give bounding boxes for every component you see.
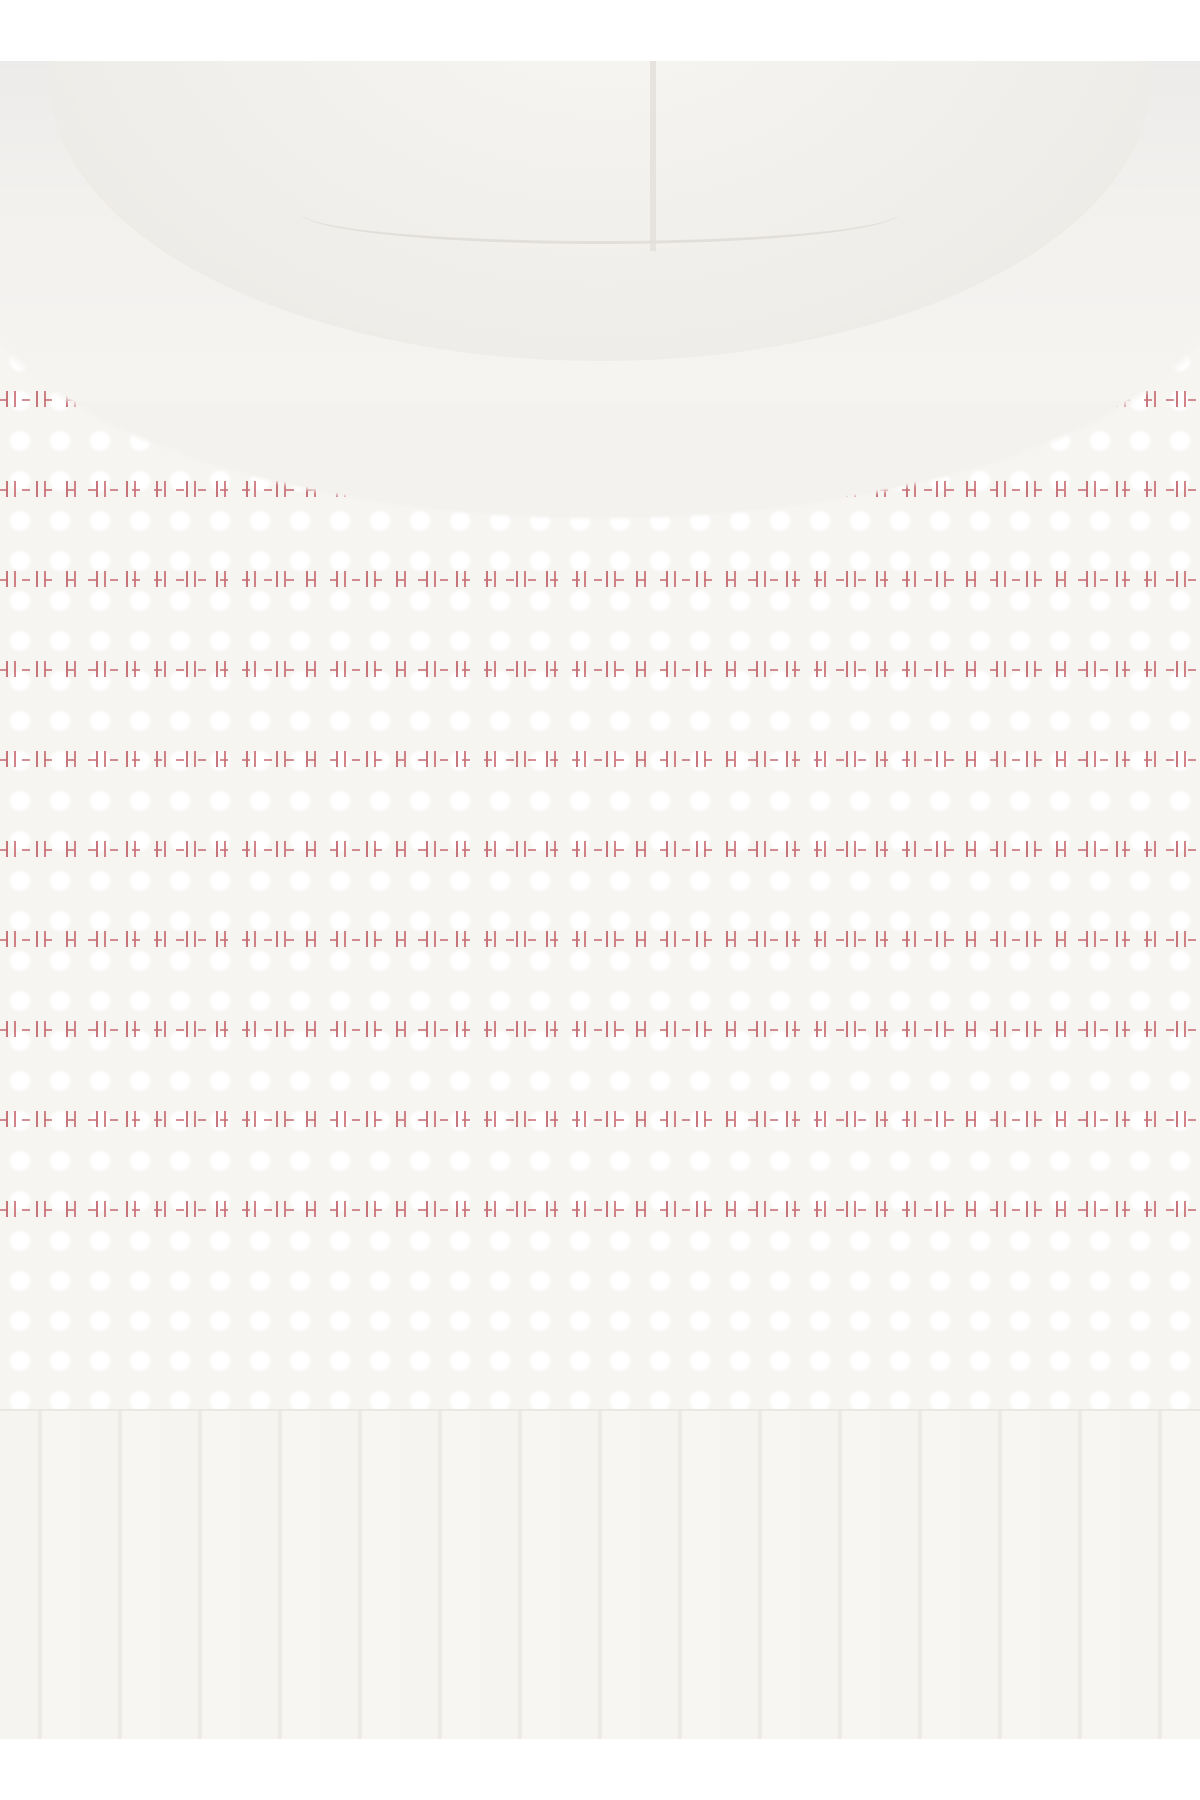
stitch-row: [0, 571, 1200, 587]
stitch-row: [0, 1201, 1200, 1217]
product-photo: [0, 61, 1200, 1739]
stitch-row: [0, 1111, 1200, 1127]
smocked-bodice: [0, 261, 1200, 1411]
stitch-row: [0, 391, 1200, 407]
stitch-row: [0, 931, 1200, 947]
stitch-row: [0, 301, 1200, 317]
collar-fold: [300, 181, 900, 244]
stitch-row: [0, 1021, 1200, 1037]
gathered-skirt: [0, 1411, 1200, 1739]
stitch-row: [0, 481, 1200, 497]
stitch-row: [0, 661, 1200, 677]
stitch-row: [0, 841, 1200, 857]
stitch-row: [0, 751, 1200, 767]
